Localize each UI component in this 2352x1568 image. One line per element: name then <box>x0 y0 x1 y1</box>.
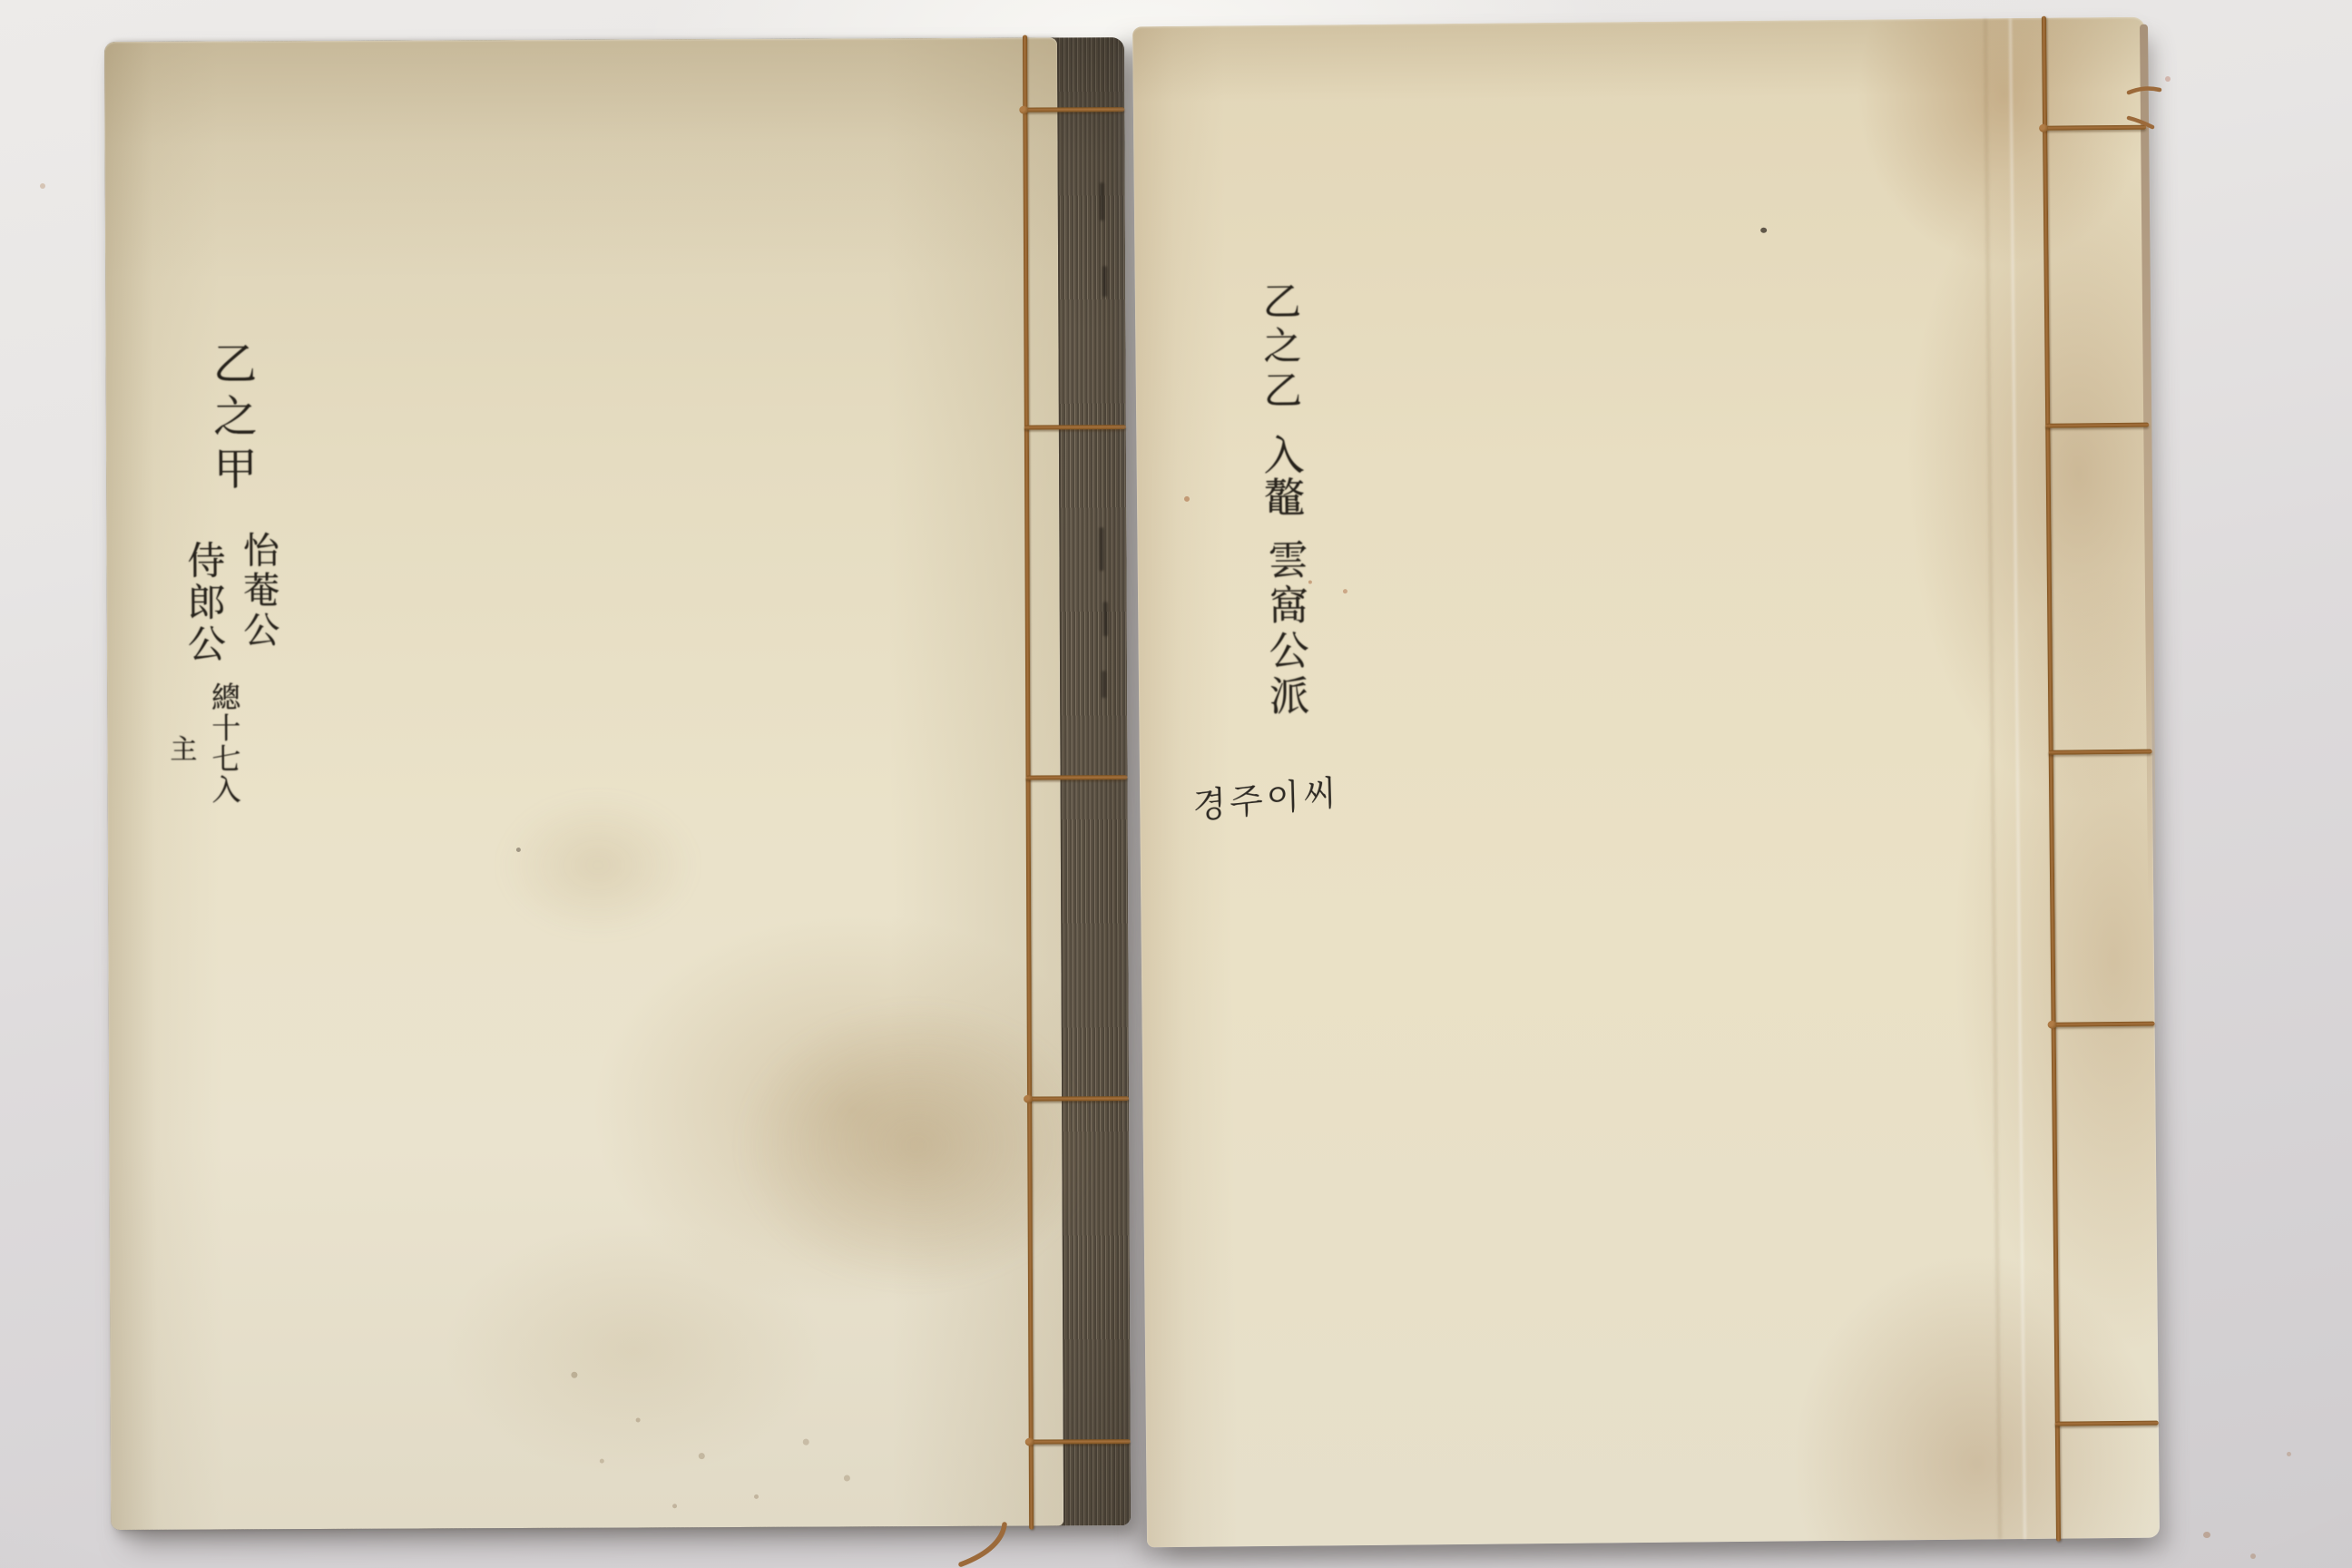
right-book-title-label: 乙之乙 <box>1252 281 1308 416</box>
right-book-speck <box>1184 496 1190 502</box>
left-book-stitch-knot <box>1025 1438 1034 1446</box>
right-book-speck <box>1343 589 1347 593</box>
background-speck <box>2287 1452 2291 1456</box>
left-book-stitch-2 <box>1024 425 1126 429</box>
right-book-thread-knot <box>2127 80 2165 132</box>
left-book-stitch-5 <box>1029 1439 1131 1444</box>
right-book-stitch-2 <box>2045 423 2149 428</box>
right-book-cover-crease <box>2009 18 2026 1539</box>
right-book-branch-label: 雲窩公派 <box>1254 539 1314 721</box>
right-book-stitch-knot <box>2039 124 2048 132</box>
left-book-speckles <box>563 1356 566 1358</box>
background-speck <box>40 183 45 189</box>
right-book-cover-crease <box>1984 18 2002 1539</box>
left-book-stitch-4 <box>1027 1096 1129 1101</box>
left-book-stitch-3 <box>1026 775 1128 779</box>
right-book-subtitle-label: 入鼇 <box>1250 434 1310 520</box>
left-book-title-label: 乙之甲 <box>200 340 263 498</box>
left-book-edge-writing <box>1103 602 1108 636</box>
right-book-stitch-3 <box>2049 750 2152 755</box>
background-speck <box>2165 76 2171 82</box>
left-book-side-note-label: 主 <box>160 735 200 762</box>
left-book-edge-writing <box>1102 671 1106 698</box>
right-book-stitch-4 <box>2052 1022 2155 1027</box>
left-book-edge-writing <box>1099 527 1103 571</box>
left-book-stitch-knot <box>1024 1095 1033 1103</box>
right-book-page-edges <box>2140 24 2156 906</box>
left-book-stitch-1 <box>1023 107 1124 112</box>
right-book-stitch-5 <box>2055 1421 2159 1426</box>
left-book-speck <box>516 848 521 852</box>
right-book-clan-note-label: 경주이씨 <box>1192 764 1341 828</box>
left-book: 乙之甲 怡菴公 侍郎公 總十七入 主 <box>104 37 1131 1530</box>
right-book-speck <box>1760 228 1767 233</box>
left-book-thread-tail <box>957 1524 1023 1568</box>
left-book-cover <box>104 37 1063 1530</box>
right-book: 乙之乙 入鼇 雲窩公派 경주이씨 <box>1132 17 2160 1548</box>
left-book-column-right-label: 怡菴公 <box>232 531 285 651</box>
right-book-stitch-knot <box>2048 1021 2057 1029</box>
left-book-edge-writing <box>1102 266 1107 297</box>
left-book-tally-label: 總十七入 <box>203 681 246 805</box>
left-book-column-left-label: 侍郎公 <box>176 540 231 665</box>
left-book-stitch-knot <box>1019 106 1028 114</box>
right-book-binding-thread-vertical <box>2042 16 2061 1542</box>
left-book-edge-writing <box>1100 182 1104 220</box>
background-speck <box>2203 1532 2210 1538</box>
photo-surface: 乙之甲 怡菴公 侍郎公 總十七入 主 乙之乙 入鼇 雲窩公派 경주이씨 <box>0 0 2352 1568</box>
background-speck <box>2250 1553 2256 1559</box>
